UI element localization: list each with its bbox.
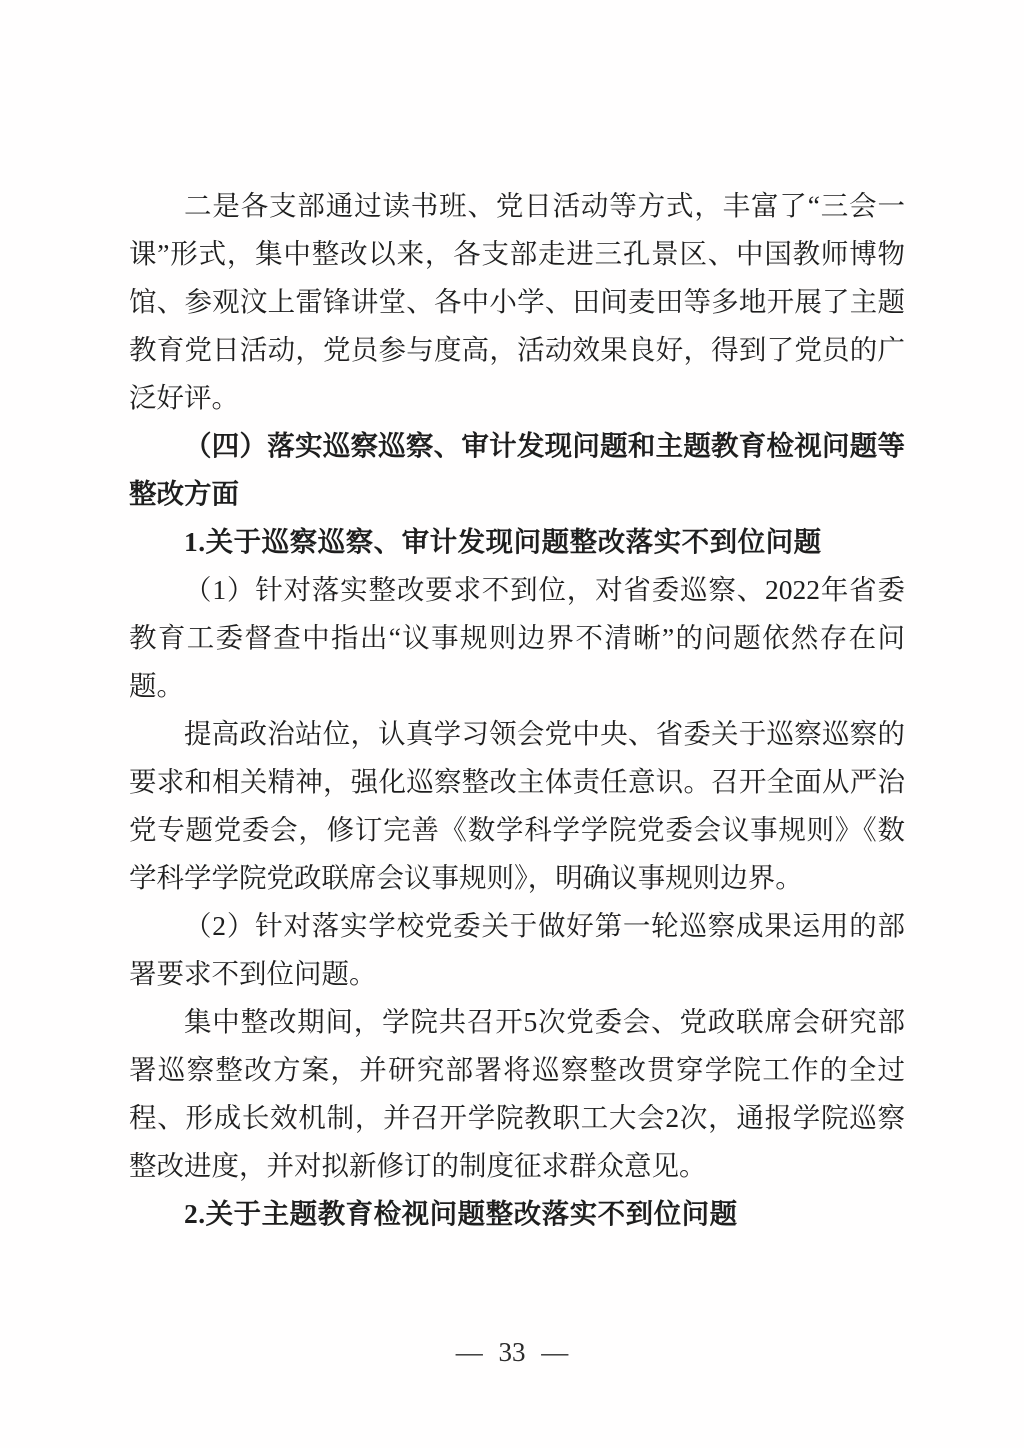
- text-line: 学科学学院党政联席会议事规则》，明确议事规则边界。: [129, 854, 905, 902]
- paragraph: （1）针对落实整改要求不到位，对省委巡察、2022年省委教育工委督查中指出“议事…: [129, 566, 905, 710]
- text-line: 题。: [129, 662, 905, 710]
- text-line: 党专题党委会，修订完善《数学科学学院党委会议事规则》《数: [129, 806, 905, 854]
- text-line: 二是各支部通过读书班、党日活动等方式，丰富了“三会一: [129, 182, 905, 230]
- text-line: 泛好评。: [129, 374, 905, 422]
- section-heading: 1.关于巡察巡察、审计发现问题整改落实不到位问题: [129, 518, 905, 566]
- text-line: 提高政治站位，认真学习领会党中央、省委关于巡察巡察的: [129, 710, 905, 758]
- text-line: 课”形式，集中整改以来，各支部走进三孔景区、中国教师博物: [129, 230, 905, 278]
- section-heading: 2.关于主题教育检视问题整改落实不到位问题: [129, 1190, 905, 1238]
- text-line: 教育党日活动，党员参与度高，活动效果良好，得到了党员的广: [129, 326, 905, 374]
- document-body: 二是各支部通过读书班、党日活动等方式，丰富了“三会一课”形式，集中整改以来，各支…: [129, 182, 905, 1238]
- section-heading: （四）落实巡察巡察、审计发现问题和主题教育检视问题等整改方面: [129, 422, 905, 518]
- text-line: （2）针对落实学校党委关于做好第一轮巡察成果运用的部: [129, 902, 905, 950]
- text-line: 2.关于主题教育检视问题整改落实不到位问题: [129, 1190, 905, 1238]
- page-footer: — 33 —: [0, 1334, 1024, 1370]
- text-line: 署巡察整改方案，并研究部署将巡察整改贯穿学院工作的全过: [129, 1046, 905, 1094]
- text-line: 署要求不到位问题。: [129, 950, 905, 998]
- text-line: （四）落实巡察巡察、审计发现问题和主题教育检视问题等: [129, 422, 905, 470]
- paragraph: 提高政治站位，认真学习领会党中央、省委关于巡察巡察的要求和相关精神，强化巡察整改…: [129, 710, 905, 902]
- text-line: 集中整改期间，学院共召开5次党委会、党政联席会研究部: [129, 998, 905, 1046]
- text-line: 整改进度，并对拟新修订的制度征求群众意见。: [129, 1142, 905, 1190]
- text-line: 整改方面: [129, 470, 905, 518]
- text-line: 要求和相关精神，强化巡察整改主体责任意识。召开全面从严治: [129, 758, 905, 806]
- document-page: 二是各支部通过读书班、党日活动等方式，丰富了“三会一课”形式，集中整改以来，各支…: [0, 0, 1024, 1448]
- page-number: — 33 —: [456, 1337, 569, 1367]
- text-line: （1）针对落实整改要求不到位，对省委巡察、2022年省委: [129, 566, 905, 614]
- paragraph: 集中整改期间，学院共召开5次党委会、党政联席会研究部署巡察整改方案，并研究部署将…: [129, 998, 905, 1190]
- text-line: 教育工委督查中指出“议事规则边界不清晰”的问题依然存在问: [129, 614, 905, 662]
- text-line: 1.关于巡察巡察、审计发现问题整改落实不到位问题: [129, 518, 905, 566]
- text-line: 程、形成长效机制，并召开学院教职工大会2次，通报学院巡察: [129, 1094, 905, 1142]
- text-line: 馆、参观汶上雷锋讲堂、各中小学、田间麦田等多地开展了主题: [129, 278, 905, 326]
- paragraph: 二是各支部通过读书班、党日活动等方式，丰富了“三会一课”形式，集中整改以来，各支…: [129, 182, 905, 422]
- paragraph: （2）针对落实学校党委关于做好第一轮巡察成果运用的部署要求不到位问题。: [129, 902, 905, 998]
